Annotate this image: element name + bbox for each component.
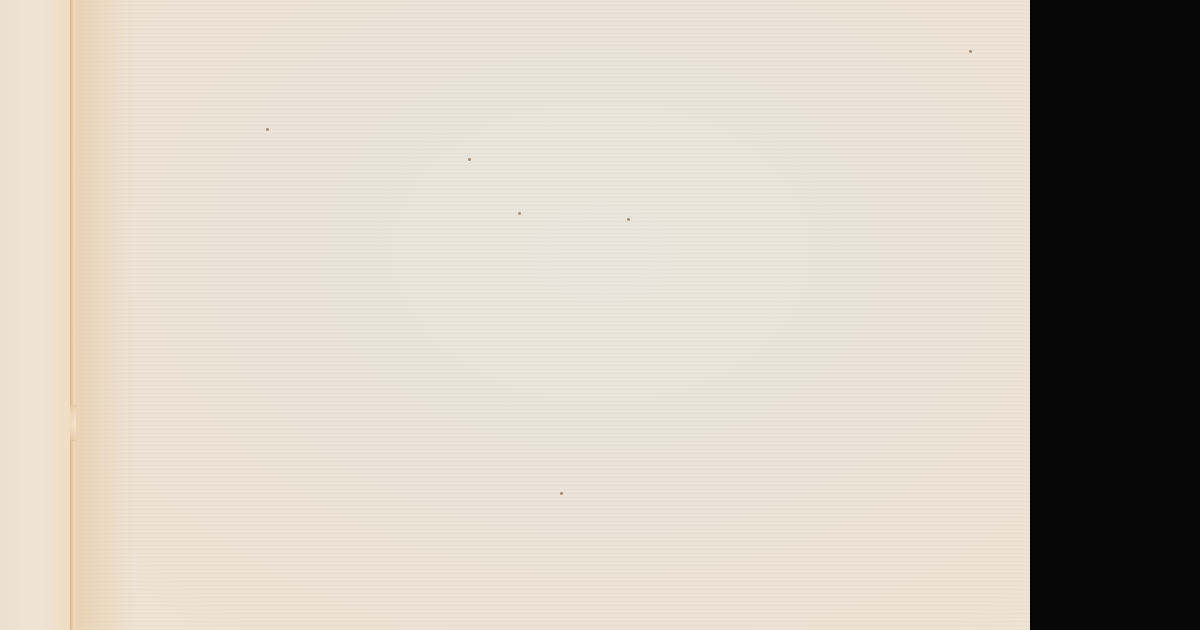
blank-page [76,0,1030,630]
paper-speck [560,492,563,495]
paper-speck [627,218,630,221]
facing-page-edge [0,0,74,630]
paper-speck [266,128,269,131]
scan-background [1030,0,1200,630]
page-edge-shading [76,0,136,630]
paper-speck [468,158,471,161]
paper-speck [969,50,972,53]
paper-speck [518,212,521,215]
